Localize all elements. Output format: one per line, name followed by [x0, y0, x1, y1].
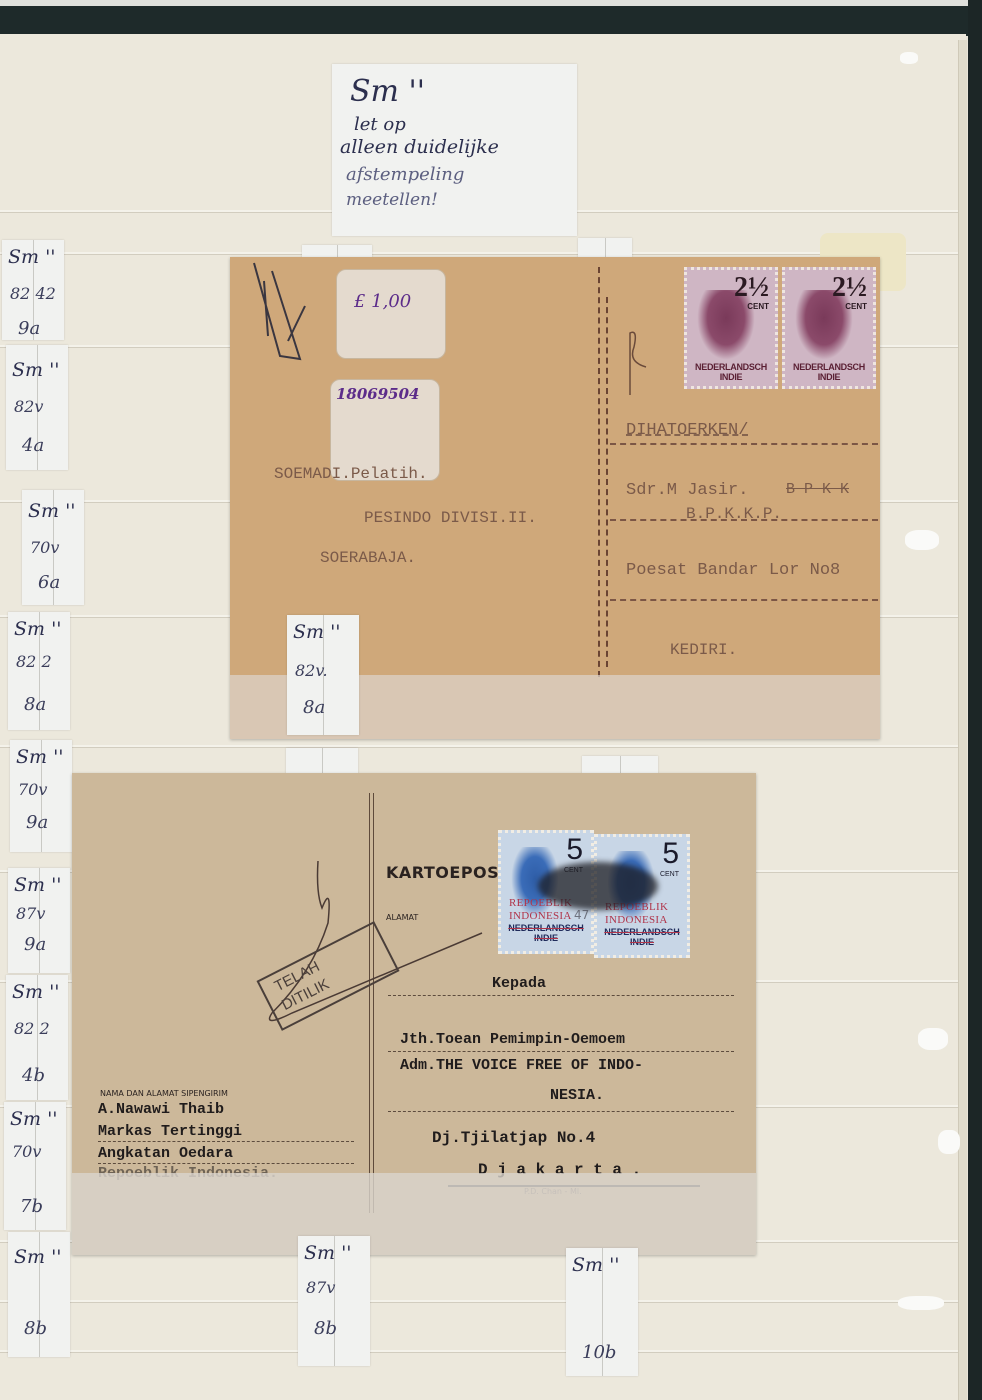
label-text: 9a — [26, 812, 48, 833]
catalog-label: Sm '' 82v 4a — [6, 345, 68, 470]
paint-spot — [938, 1130, 960, 1154]
handwritten-mark — [618, 327, 658, 397]
catalog-label: Sm '' 82 2 8a — [8, 612, 70, 730]
stamp-value: 5 — [662, 837, 679, 871]
stamp-overprint: INDONESIA — [605, 914, 668, 926]
recipient-line: Poesat Bandar Lor No8 — [626, 561, 840, 580]
label-text: 87v — [306, 1278, 335, 1297]
label-text: 82 2 — [16, 652, 52, 671]
recipient-line: Sdr.M Jasir. — [626, 481, 748, 500]
postmark-date: 47 — [574, 908, 589, 922]
stamp-value: 2½ — [734, 272, 769, 304]
address-line — [388, 1111, 734, 1112]
note-line: meetellen! — [346, 190, 438, 210]
label-text: Sm '' — [12, 359, 60, 381]
note-line: Sm '' — [350, 74, 425, 109]
stamp-country: NEDERLANDSCH INDIE — [787, 362, 871, 382]
stamp-unit: CENT — [747, 302, 769, 311]
protective-film — [72, 1173, 756, 1255]
label-text: 9a — [24, 934, 46, 955]
label-text: 8b — [314, 1318, 337, 1339]
label-text: 8a — [303, 697, 325, 718]
label-text: Sm '' — [14, 874, 62, 896]
label-text: Sm '' — [572, 1254, 620, 1276]
address-line — [98, 1163, 354, 1164]
stamp-value: 5 — [566, 833, 583, 867]
label-text: Sm '' — [16, 746, 64, 768]
label-text: 70v — [18, 780, 47, 799]
sender-line: A.Nawawi Thaib — [98, 1101, 224, 1118]
stamp: 2½ CENT NEDERLANDSCH INDIE — [684, 267, 778, 389]
catalog-label: Sm '' 82 2 4b — [6, 975, 68, 1100]
label-text: Sm '' — [293, 621, 341, 643]
recipient-line: NESIA. — [550, 1087, 604, 1104]
label-text: Sm '' — [304, 1242, 352, 1264]
stamp-unit: CENT — [845, 302, 867, 311]
label-text: 9a — [18, 318, 40, 339]
label-text: Sm '' — [14, 1246, 62, 1268]
catalog-label: Sm '' 82v. 8a — [287, 615, 359, 735]
label-text: 82v — [14, 397, 43, 416]
stamp-country: NEDERLANDSCH INDIE — [599, 927, 685, 947]
stamp-unit: CENT — [660, 871, 679, 878]
stamp-overprint: INDONESIA — [509, 910, 572, 922]
address-line — [388, 1051, 734, 1052]
label-text: 6a — [38, 572, 60, 593]
label-text: 87v — [16, 904, 45, 923]
label-text: Sm '' — [8, 246, 56, 268]
label-text: 4b — [22, 1065, 45, 1086]
sender-label: NAMA DAN ALAMAT SIPENGIRIM — [100, 1089, 228, 1098]
sender-line: Markas Tertinggi — [98, 1123, 242, 1140]
recipient-line: KEDIRI. — [670, 641, 737, 659]
label-text: 4a — [22, 435, 44, 456]
recipient-struck: B P K K — [786, 481, 849, 498]
label-text: Sm '' — [10, 1108, 58, 1130]
address-line — [98, 1141, 354, 1142]
label-text: 70v — [12, 1142, 41, 1161]
address-line — [610, 519, 878, 521]
catalog-label: Sm '' 87v 8b — [298, 1236, 370, 1366]
sender-line: PESINDO DIVISI.II. — [364, 509, 537, 527]
recipient-line: Dj.Tjilatjap No.4 — [432, 1129, 595, 1147]
stamp-country: NEDERLANDSCH INDIE — [503, 923, 589, 943]
stock-strip — [0, 1300, 958, 1303]
price-window — [336, 269, 446, 359]
paint-spot — [900, 52, 918, 64]
label-text: Sm '' — [28, 500, 76, 522]
recipient-line: Adm.THE VOICE FREE OF INDO- — [400, 1057, 643, 1074]
stamp-value: 2½ — [832, 272, 867, 304]
card-divider — [598, 267, 600, 677]
label-text: 82 42 — [10, 284, 56, 303]
address-line — [610, 599, 878, 601]
paint-spot — [905, 530, 939, 550]
note-line: alleen duidelijke — [340, 136, 499, 158]
album-cover-top — [0, 0, 982, 36]
signature-mark — [250, 261, 310, 361]
stock-strip — [0, 745, 958, 748]
paint-spot — [918, 1028, 948, 1050]
label-text: 82 2 — [14, 1019, 50, 1038]
stock-strip — [0, 252, 958, 255]
recipient-line: Kepada — [492, 975, 546, 992]
sender-line: SOERABAJA. — [320, 549, 416, 567]
page-edge — [958, 40, 967, 1400]
address-line — [610, 443, 878, 445]
catalog-label: Sm '' 10b — [566, 1248, 638, 1376]
label-text: Sm '' — [12, 981, 60, 1003]
card-divider — [606, 297, 608, 667]
ref-number: 18069504 — [336, 385, 420, 403]
catalog-label: Sm '' 8b — [8, 1232, 70, 1357]
catalog-label: Sm '' 82 42 9a — [2, 240, 64, 340]
price-text: £ 1,00 — [354, 291, 411, 312]
catalog-label: Sm '' 70v 9a — [10, 740, 72, 852]
stamp: 2½ CENT NEDERLANDSCH INDIE — [782, 267, 876, 389]
label-text: Sm '' — [14, 618, 62, 640]
postmark-cancel — [538, 862, 658, 910]
catalog-label: Sm '' 70v 6a — [22, 490, 84, 605]
address-line — [388, 995, 734, 996]
label-text: 82v. — [295, 661, 328, 680]
album-cover-right — [968, 0, 982, 1400]
catalog-label: Sm '' 70v 7b — [4, 1102, 66, 1230]
label-text: 70v — [30, 538, 59, 557]
recipient-line: Jth.Toean Pemimpin-Oemoem — [400, 1031, 625, 1048]
label-text: 7b — [20, 1196, 43, 1217]
note-line: let op — [354, 114, 406, 135]
label-text: 8b — [24, 1318, 47, 1339]
sender-line: Angkatan Oedara — [98, 1145, 233, 1162]
note-line: afstempeling — [346, 164, 464, 185]
stock-strip — [0, 1350, 958, 1353]
label-text: 10b — [582, 1342, 616, 1363]
label-text: 8a — [24, 694, 46, 715]
paint-spot — [898, 1296, 944, 1310]
stamp-country: NEDERLANDSCH INDIE — [689, 362, 773, 382]
top-handwritten-note: Sm '' let op alleen duidelijke afstempel… — [332, 64, 577, 236]
sender-line: SOEMADI.Pelatih. — [274, 465, 428, 483]
recipient-heading: DIHATOERKEN/ — [626, 421, 748, 440]
catalog-label: Sm '' 87v 9a — [8, 868, 70, 973]
